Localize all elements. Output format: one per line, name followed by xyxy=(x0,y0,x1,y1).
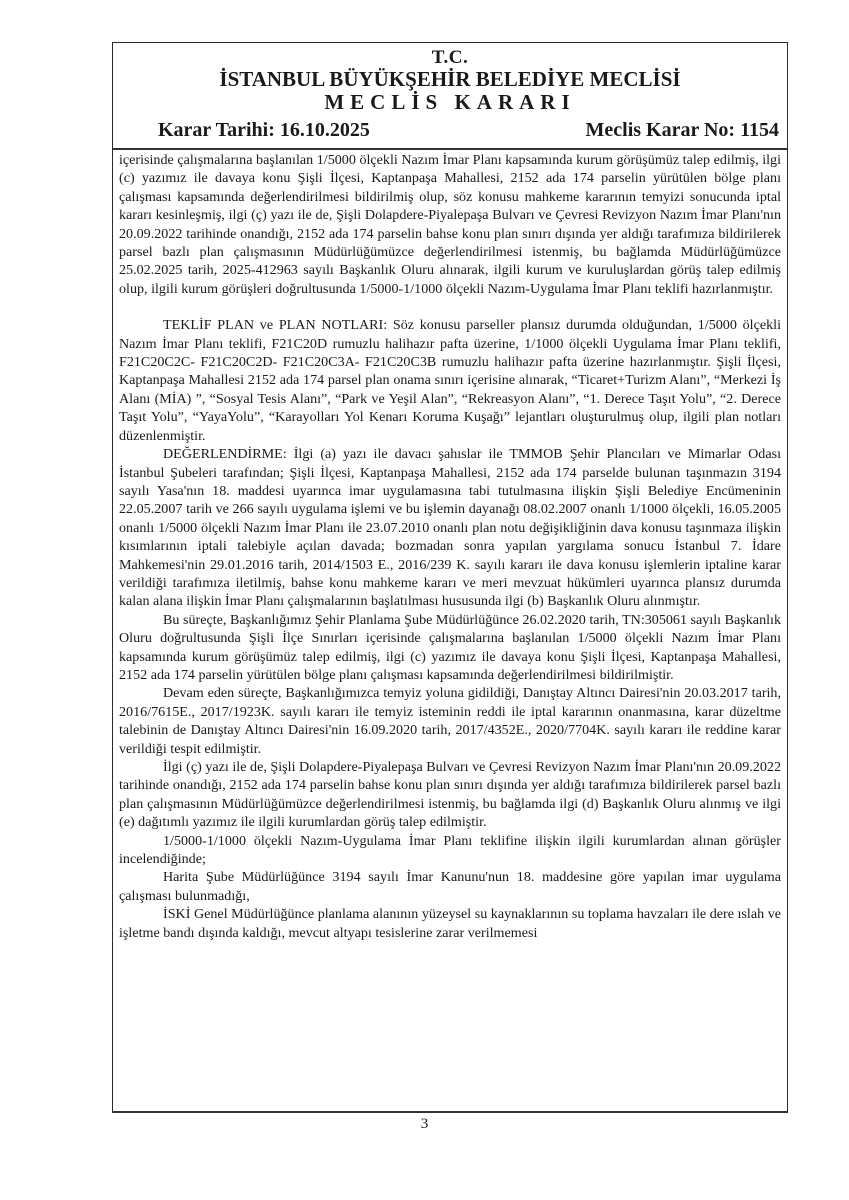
institution-name: İSTANBUL BÜYÜKŞEHİR BELEDİYE MECLİSİ xyxy=(113,67,787,92)
document-type-title: MECLİS KARARI xyxy=(113,90,787,115)
decision-date: Karar Tarihi: 16.10.2025 xyxy=(158,119,370,142)
decision-body: içerisinde çalışmalarına başlanılan 1/50… xyxy=(119,151,781,942)
paragraph-spacer xyxy=(119,298,781,316)
paragraph-institution-opinions: 1/5000-1/1000 ölçekli Nazım-Uygulama İma… xyxy=(119,832,781,869)
header-divider xyxy=(113,148,787,150)
paragraph-iski: İSKİ Genel Müdürlüğünce planlama alanını… xyxy=(119,905,781,942)
republic-abbreviation: T.C. xyxy=(113,47,787,69)
paragraph-reference-c: İlgi (ç) yazı ile de, Şişli Dolapdere-Pi… xyxy=(119,758,781,832)
decision-number: Meclis Karar No: 1154 xyxy=(586,119,779,142)
decision-meta-row: Karar Tarihi: 16.10.2025 Meclis Karar No… xyxy=(158,119,779,143)
paragraph-map-branch: Harita Şube Müdürlüğünce 3194 sayılı İma… xyxy=(119,868,781,905)
paragraph-continuation: içerisinde çalışmalarına başlanılan 1/50… xyxy=(119,151,781,298)
decision-document-frame: T.C. İSTANBUL BÜYÜKŞEHİR BELEDİYE MECLİS… xyxy=(112,42,788,1113)
page-number: 3 xyxy=(0,1116,849,1133)
paragraph-process: Bu süreçte, Başkanlığımız Şehir Planlama… xyxy=(119,611,781,685)
paragraph-evaluation: DEĞERLENDİRME: İlgi (a) yazı ile davacı … xyxy=(119,445,781,611)
paragraph-proposal-plan-notes: TEKLİF PLAN ve PLAN NOTLARI: Söz konusu … xyxy=(119,316,781,445)
footer-divider xyxy=(112,1111,788,1113)
paragraph-appeal: Devam eden süreçte, Başkanlığımızca temy… xyxy=(119,684,781,758)
